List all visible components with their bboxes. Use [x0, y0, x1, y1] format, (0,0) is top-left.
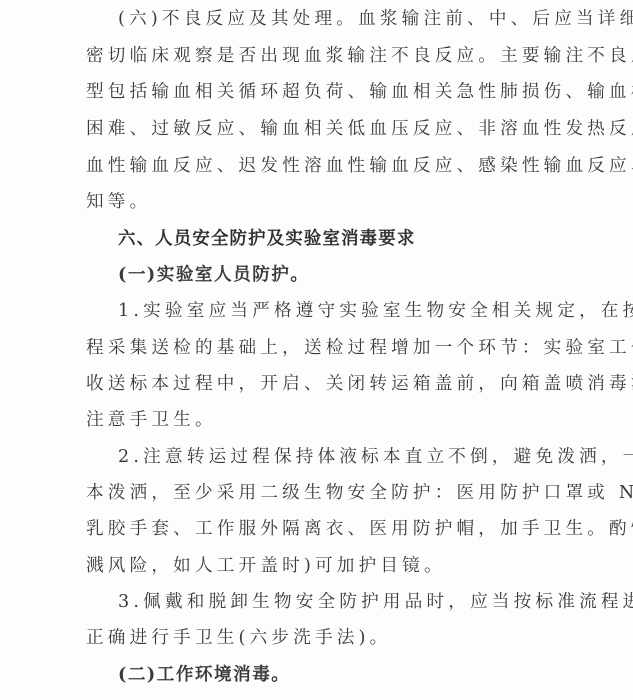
- para-adverse-reactions-line-1: (六)不良反应及其处理。血浆输注前、中、后应当详细记录，: [118, 8, 556, 30]
- item-2-line-1: 2.注意转运过程保持体液标本直立不倒，避免泼洒，一旦有标: [118, 446, 556, 468]
- para-adverse-reactions-line-2: 密切临床观察是否出现血浆输注不良反应。主要输注不良反应类: [86, 45, 556, 67]
- subsection-heading-environment-disinfection: (二)工作环境消毒。: [118, 664, 556, 686]
- item-3-line-1: 3.佩戴和脱卸生物安全防护用品时，应当按标准流程进行。: [118, 591, 556, 613]
- section-heading-safety: 六、人员安全防护及实验室消毒要求: [118, 228, 556, 250]
- item-1-line-3: 收送标本过程中，开启、关闭转运箱盖前，向箱盖喷消毒液并严格: [86, 373, 556, 395]
- para-adverse-reactions-line-6: 知等。: [86, 191, 556, 213]
- document-page: (六)不良反应及其处理。血浆输注前、中、后应当详细记录， 密切临床观察是否出现血…: [0, 0, 633, 700]
- para-adverse-reactions-line-3: 型包括输血相关循环超负荷、输血相关急性肺损伤、输血相关呼吸: [86, 81, 556, 103]
- subsection-heading-personnel-protection: (一)实验室人员防护。: [118, 264, 556, 286]
- item-2-line-3: 乳胶手套、工作服外隔离衣、医用防护帽，加手卫生。酌情(如有喷: [86, 518, 556, 540]
- item-2-line-4: 溅风险，如人工开盖时)可加护目镜。: [86, 555, 556, 577]
- para-adverse-reactions-line-5: 血性输血反应、迟发性溶血性输血反应、感染性输血反应、其他/未: [86, 155, 556, 177]
- item-2-line-2: 本泼洒，至少采用二级生物安全防护：医用防护口罩或 N95 口罩、: [86, 482, 556, 504]
- item-1-line-2: 程采集送检的基础上，送检过程增加一个环节：实验室工作人员在: [86, 337, 556, 359]
- item-1-line-4: 注意手卫生。: [86, 409, 556, 431]
- para-adverse-reactions-line-4: 困难、过敏反应、输血相关低血压反应、非溶血性发热反应、急性溶: [86, 118, 556, 140]
- item-3-line-2: 正确进行手卫生(六步洗手法)。: [86, 627, 556, 649]
- item-1-line-1: 1.实验室应当严格遵守实验室生物安全相关规定，在按原流: [118, 300, 556, 322]
